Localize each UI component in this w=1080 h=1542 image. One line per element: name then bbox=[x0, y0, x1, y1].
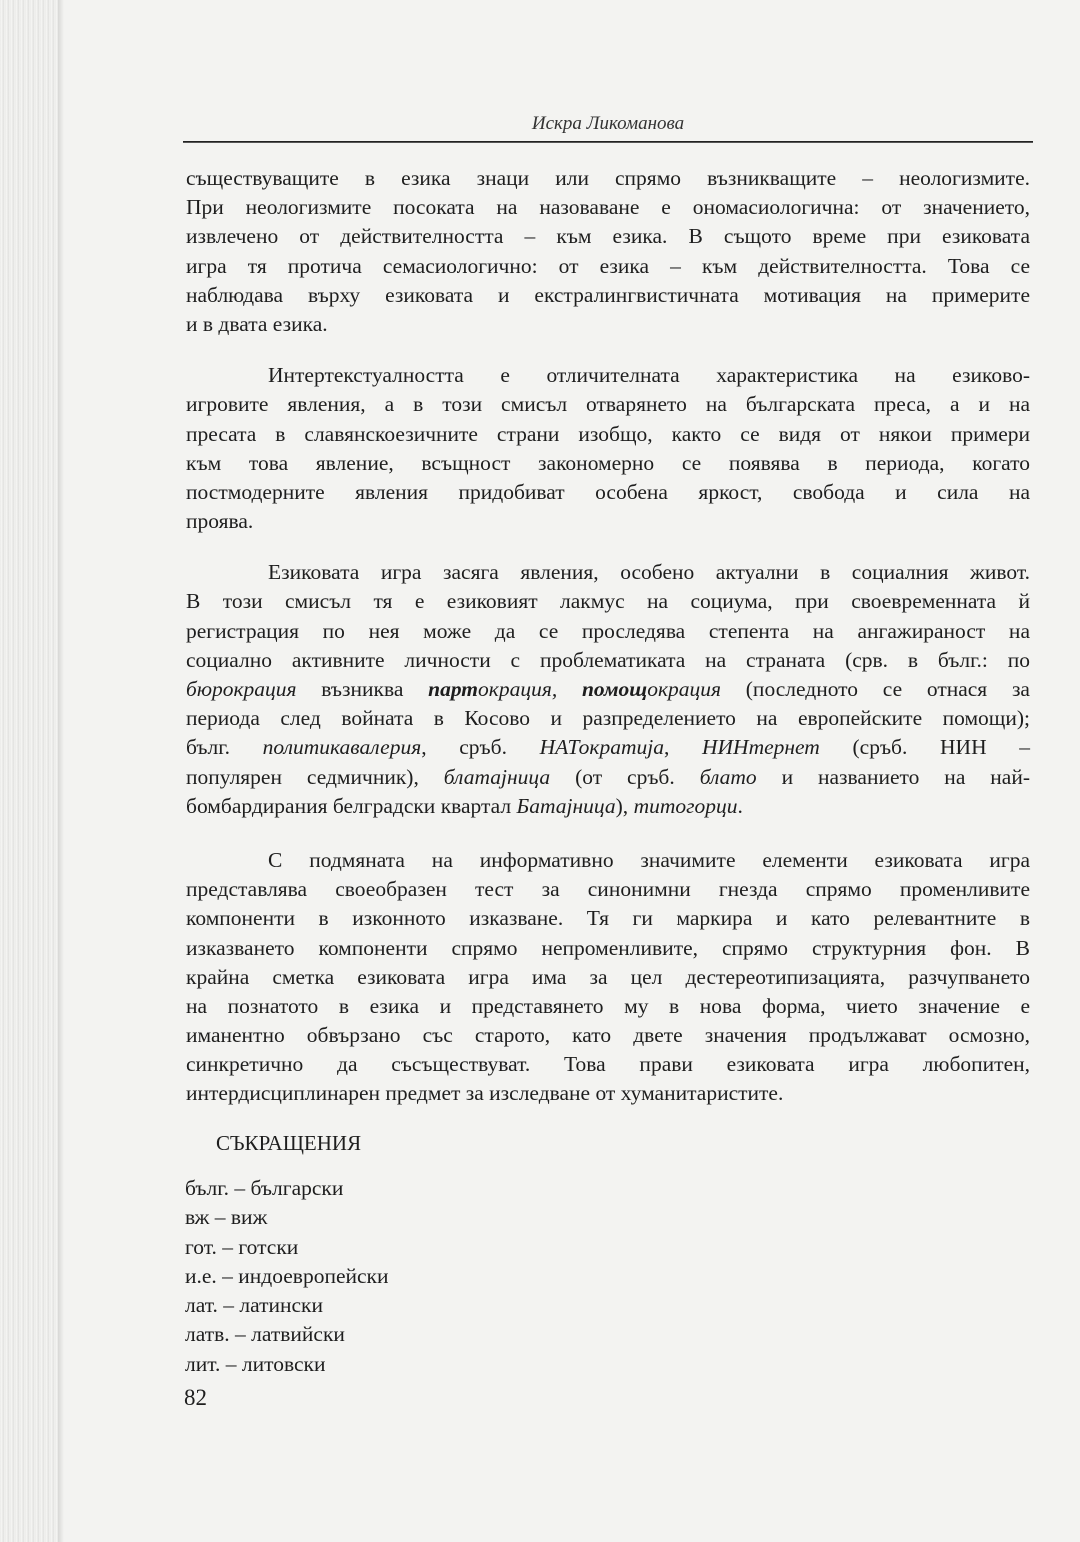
body-text: съществуващите в езика знаци или спрямо … bbox=[186, 164, 1030, 1109]
text-line: към това явление, всъщност закономерно с… bbox=[186, 449, 1030, 478]
text-line: С подмяната на информативно значимите ел… bbox=[186, 846, 1030, 875]
text-line: на познатото в езика и представянето му … bbox=[186, 992, 1030, 1021]
text-line: игровите явления, а в този смисъл отваря… bbox=[186, 390, 1030, 419]
text-line: периода след войната в Косово и разпреде… bbox=[186, 704, 1030, 733]
text-line: В този смисъл тя е езиковият лакмус на с… bbox=[186, 587, 1030, 616]
text-run: възниква bbox=[297, 677, 429, 701]
text-line: Езиковата игра засяга явления, особено а… bbox=[186, 558, 1030, 587]
text-line: иманентно обвързано със старото, като дв… bbox=[186, 1021, 1030, 1050]
italic-term: блато bbox=[700, 765, 757, 789]
paragraph-3: Езиковата игра засяга явления, особено а… bbox=[186, 558, 1030, 821]
text-run: бомбардирания белградски квартал bbox=[186, 794, 517, 818]
abbreviations-heading: СЪКРАЩЕНИЯ bbox=[216, 1131, 361, 1156]
text-line: синкретично да съсъществуват. Това прави… bbox=[186, 1050, 1030, 1079]
text-line-emphasis: бомбардирания белградски квартал Батајни… bbox=[186, 792, 1030, 821]
italic-term: Батајница bbox=[517, 794, 616, 818]
abbreviation-item: гот. – готски bbox=[185, 1233, 389, 1262]
text-run: (от сръб. bbox=[550, 765, 700, 789]
bold-italic-term: помощ bbox=[582, 677, 647, 701]
abbreviation-item: и.е. – индоевропейски bbox=[185, 1262, 389, 1291]
text-line: извлечено от действителността – към език… bbox=[186, 222, 1030, 251]
italic-term: титогорци bbox=[634, 794, 738, 818]
abbreviation-item: бълг. – български bbox=[185, 1174, 389, 1203]
italic-term: НАТократија bbox=[540, 735, 664, 759]
abbreviation-item: лат. – латински bbox=[185, 1291, 389, 1320]
page-gutter-shadow bbox=[58, 0, 64, 1542]
text-line: пресата в славянскоезичните страни изобщ… bbox=[186, 420, 1030, 449]
paragraph-spacer bbox=[186, 536, 1030, 558]
running-head-author: Искра Ликоманова bbox=[183, 113, 1033, 135]
text-line: постмодерните явления придобиват особена… bbox=[186, 478, 1030, 507]
text-line: интердисциплинарен предмет за изследване… bbox=[186, 1079, 1030, 1108]
text-run: (последното се отнася за bbox=[721, 677, 1030, 701]
paragraph-4: С подмяната на информативно значимите ел… bbox=[186, 846, 1030, 1109]
paragraph-spacer bbox=[186, 339, 1030, 361]
text-line-emphasis: бюрокрация възниква партокрация, помощок… bbox=[186, 675, 1030, 704]
text-line-emphasis: популярен седмичник), блатајница (от сръ… bbox=[186, 763, 1030, 792]
book-page-edges bbox=[0, 0, 62, 1542]
abbreviation-item: лит. – литовски bbox=[185, 1350, 389, 1379]
text-run: популярен седмичник), bbox=[186, 765, 444, 789]
italic-term: блатајница bbox=[444, 765, 550, 789]
abbreviation-item: вж – виж bbox=[185, 1203, 389, 1232]
italic-term: НИНтернет bbox=[702, 735, 820, 759]
text-line: проява. bbox=[186, 507, 1030, 536]
abbreviation-item: латв. – латвийски bbox=[185, 1320, 389, 1349]
text-run: , сръб. bbox=[421, 735, 539, 759]
italic-term: бюрокрация bbox=[186, 677, 297, 701]
paragraph-spacer bbox=[186, 821, 1030, 846]
text-line: представлява своеобразен тест за синоним… bbox=[186, 875, 1030, 904]
text-line: компоненти в изконното изказване. Тя ги … bbox=[186, 904, 1030, 933]
text-line: Интертекстуалността е отличителната хара… bbox=[186, 361, 1030, 390]
text-run: и названието на най- bbox=[757, 765, 1030, 789]
header-rule bbox=[183, 141, 1033, 143]
text-line: регистрация по нея може да се проследява… bbox=[186, 617, 1030, 646]
italic-term: окрация, bbox=[478, 677, 582, 701]
text-line: крайна сметка езиковата игра има за цел … bbox=[186, 963, 1030, 992]
text-run: , bbox=[664, 735, 702, 759]
text-run: (сръб. НИН – bbox=[820, 735, 1030, 759]
bold-italic-term: парт bbox=[428, 677, 478, 701]
text-line: игра тя протича семасиологично: от езика… bbox=[186, 252, 1030, 281]
paragraph-1: съществуващите в езика знаци или спрямо … bbox=[186, 164, 1030, 339]
italic-term: политикавалерия bbox=[263, 735, 422, 759]
text-run: бълг. bbox=[186, 735, 263, 759]
italic-term: окрация bbox=[647, 677, 721, 701]
paragraph-2: Интертекстуалността е отличителната хара… bbox=[186, 361, 1030, 536]
text-run: ), bbox=[616, 794, 634, 818]
text-run: . bbox=[738, 794, 743, 818]
abbreviations-list: бълг. – български вж – виж гот. – готски… bbox=[185, 1174, 389, 1379]
page-number: 82 bbox=[184, 1385, 207, 1411]
text-line: изказването компоненти спрямо непроменли… bbox=[186, 934, 1030, 963]
text-line: съществуващите в езика знаци или спрямо … bbox=[186, 164, 1030, 193]
text-line: наблюдава върху езиковата и екстралингви… bbox=[186, 281, 1030, 310]
text-line: При неологизмите посоката на назоваване … bbox=[186, 193, 1030, 222]
text-line: социално активните личности с проблемати… bbox=[186, 646, 1030, 675]
text-line: и в двата езика. bbox=[186, 310, 1030, 339]
text-line-emphasis: бълг. политикавалерия, сръб. НАТократија… bbox=[186, 733, 1030, 762]
